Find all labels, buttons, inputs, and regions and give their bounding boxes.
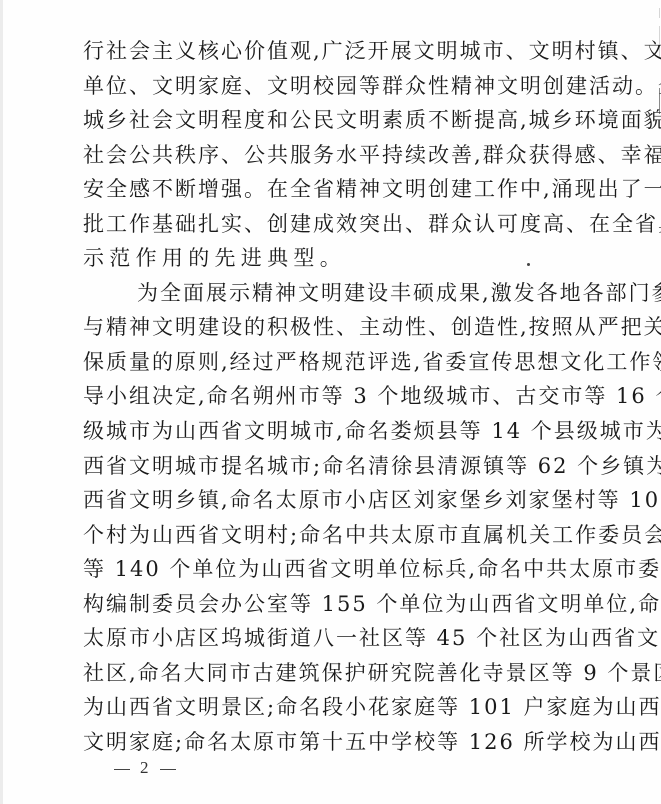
text-line: 单位、文明家庭、文明校园等群众性精神文明创建活动。全省	[83, 69, 572, 104]
text-line: 示范作用的先进典型。	[83, 241, 572, 276]
text-line: 安全感不断增强。在全省精神文明创建工作中,涌现出了一	[83, 172, 572, 207]
dash-right	[160, 769, 176, 770]
text-line: 城乡社会文明程度和公民文明素质不断提高,城乡环境面貌、	[83, 103, 572, 138]
text-line: 行社会主义核心价值观,广泛开展文明城市、文明村镇、文明	[83, 34, 572, 69]
text-line: 为山西省文明景区;命名段小花家庭等 101 户家庭为山西省	[83, 690, 572, 725]
text-line: 与精神文明建设的积极性、主动性、创造性,按照从严把关、确	[83, 310, 572, 345]
text-line: 导小组决定,命名朔州市等 3 个地级城市、古交市等 16 个县	[83, 379, 572, 414]
text-line: 太原市小店区坞城街道八一社区等 45 个社区为山西省文明	[83, 621, 572, 656]
scan-left-edge	[0, 0, 3, 804]
text-line: 批工作基础扎实、创建成效突出、群众认可度高、在全省具有	[83, 207, 572, 242]
scan-speck	[527, 263, 530, 266]
scan-artifact	[659, 8, 660, 18]
text-line: 个村为山西省文明村;命名中共太原市直属机关工作委员会	[83, 518, 572, 553]
text-line: 西省文明城市提名城市;命名清徐县清源镇等 62 个乡镇为山	[83, 449, 572, 484]
page-number: 2	[104, 758, 186, 778]
text-line: 社会公共秩序、公共服务水平持续改善,群众获得感、幸福感、	[83, 138, 572, 173]
body-text: 行社会主义核心价值观,广泛开展文明城市、文明村镇、文明 单位、文明家庭、文明校园…	[83, 34, 572, 759]
text-line: 为全面展示精神文明建设丰硕成果,激发各地各部门参	[83, 276, 572, 311]
text-line: 保质量的原则,经过严格规范评选,省委宣传思想文化工作领	[83, 345, 572, 380]
dash-left	[114, 769, 130, 770]
text-line: 级城市为山西省文明城市,命名娄烦县等 14 个县级城市为山	[83, 414, 572, 449]
text-line: 西省文明乡镇,命名太原市小店区刘家堡乡刘家堡村等 102	[83, 483, 572, 518]
text-line: 社区,命名大同市古建筑保护研究院善化寺景区等 9 个景区	[83, 656, 572, 691]
document-page: 行社会主义核心价值观,广泛开展文明城市、文明村镇、文明 单位、文明家庭、文明校园…	[0, 0, 661, 804]
page-number-value: 2	[140, 758, 150, 777]
text-line: 等 140 个单位为山西省文明单位标兵,命名中共太原市委机	[83, 552, 572, 587]
text-line: 构编制委员会办公室等 155 个单位为山西省文明单位,命名	[83, 587, 572, 622]
text-line: 文明家庭;命名太原市第十五中学校等 126 所学校为山西省	[83, 725, 572, 760]
